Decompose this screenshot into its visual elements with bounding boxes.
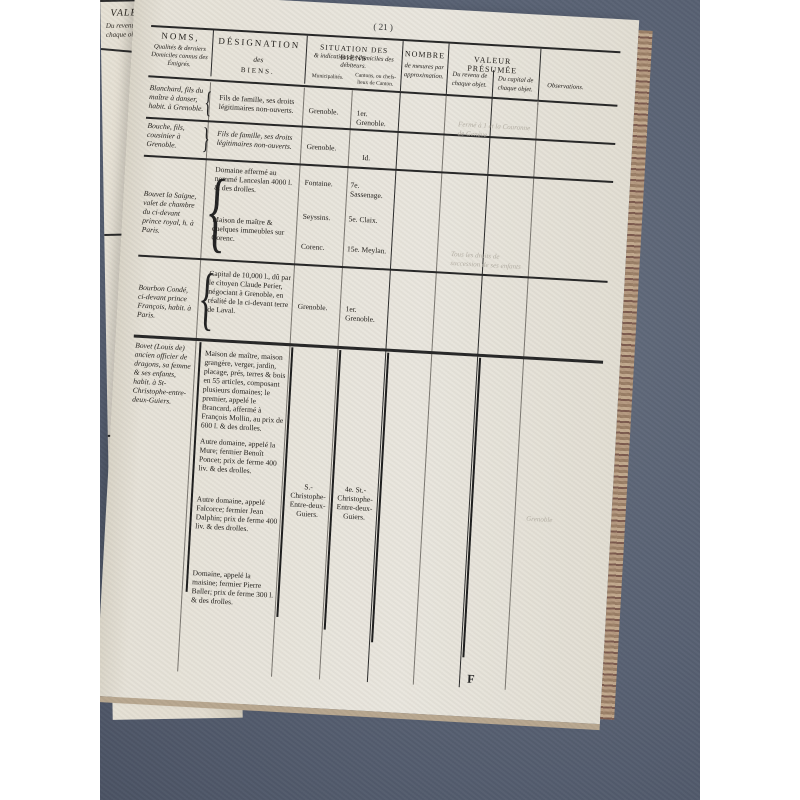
signature-mark: F — [467, 672, 475, 687]
entry-biens: Autre domaine, appelé la Mure; fermier B… — [198, 436, 282, 477]
entry-municipalite: Seyssins. — [302, 212, 330, 223]
entry-canton: 15e. Meylan. — [347, 244, 389, 255]
entry-municipalite: Fontaine. — [304, 178, 333, 189]
right-page: ( 21 ) NOMS, Qualités & derniers Domicil… — [100, 0, 639, 724]
entry-biens: Fils de famille, ses droits légitimaires… — [218, 93, 301, 116]
header-observations: Observations. — [540, 81, 590, 93]
entry-canton: 7e. Sassenage. — [350, 180, 393, 200]
entry-biens: Maison de maître & quelques immeubles su… — [211, 215, 294, 247]
header-nombre-sub: de mesures par approximation. — [403, 61, 446, 81]
bleed-through-text: Fermé à 1 et la Couronne de Genève — [457, 120, 538, 142]
column-divider — [537, 49, 541, 105]
brace: } — [202, 124, 211, 154]
entry-biens: Domaine, appelé la maisine; fermier Pier… — [191, 568, 275, 609]
column-divider — [505, 101, 539, 690]
marbled-page-edge — [600, 30, 652, 720]
entry-canton: 5e. Claix. — [348, 214, 390, 225]
header-noms: NOMS, — [150, 31, 210, 43]
entry-name: Bouche, fils, cousinier à Grenoble. — [146, 121, 205, 151]
entry-name: Bourbon Condé, ci-devant prince François… — [137, 283, 197, 322]
bleed-through-text: Tous les droits de succession de ses enf… — [450, 250, 531, 272]
header-designation: DÉSIGNATION — [214, 37, 304, 51]
entry-biens: Capital de 10,000 l., dû par le citoyen … — [207, 269, 291, 319]
entry-biens: Domaine affermé au nommé Lanceslan 4000 … — [214, 165, 297, 197]
header-valeur-capital: Du capital de chaque objet. — [494, 74, 537, 94]
entry-canton: 4e. St.-Christophe-Entre-deux-Guiers. — [332, 484, 378, 522]
entry-biens: Autre domaine, appelé Falcorce; fermier … — [195, 494, 279, 535]
entry-biens: Fils de famille, ses droits légitimaires… — [216, 129, 299, 152]
book-photograph: VALEUR PRÉSUMÉE Du revenu de chaque obje… — [100, 0, 700, 800]
entry-canton: 1er. Grenoble. — [356, 109, 397, 129]
page-number: ( 21 ) — [373, 21, 393, 32]
entry-name: Bovet (Louis de) ancien officier de drag… — [132, 341, 193, 407]
bleed-through-text: Grenoble — [526, 515, 586, 527]
entry-municipalite: S.-Christophe-Entre-deux-Guiers. — [286, 481, 330, 519]
header-valeur-revenu: Du revenu de chaque objet. — [448, 70, 491, 90]
header-municipalites: Municipalités. — [304, 72, 350, 84]
header-noms-sub: Qualités & derniers Domiciles connus des… — [149, 43, 210, 70]
column-divider — [459, 98, 493, 687]
entry-biens: Maison de maître, maison grangère, verge… — [201, 348, 287, 433]
header-nombre: NOMBRE — [404, 49, 446, 60]
brace: { — [204, 88, 213, 118]
header-cantons: Cantons, ou chefs-lieux de Canton. — [352, 72, 399, 89]
entry-canton: 1er. Grenoble. — [345, 304, 386, 324]
entry-name: Bouvet la Saigne, valet de chambre du ci… — [142, 189, 202, 237]
bracket-line — [462, 358, 481, 658]
header-designation-biens: BIENS. — [213, 64, 303, 78]
entry-name: Blanchard, fils du maître à danser, habi… — [148, 83, 207, 113]
entry-municipalite: Corenc. — [301, 242, 325, 252]
entry-municipalite: Grenoble. — [306, 142, 336, 153]
entry-municipalite: Grenoble. — [308, 106, 338, 117]
entry-canton: Id. — [362, 153, 371, 162]
column-divider — [413, 96, 447, 685]
entry-municipalite: Grenoble. — [297, 302, 327, 313]
